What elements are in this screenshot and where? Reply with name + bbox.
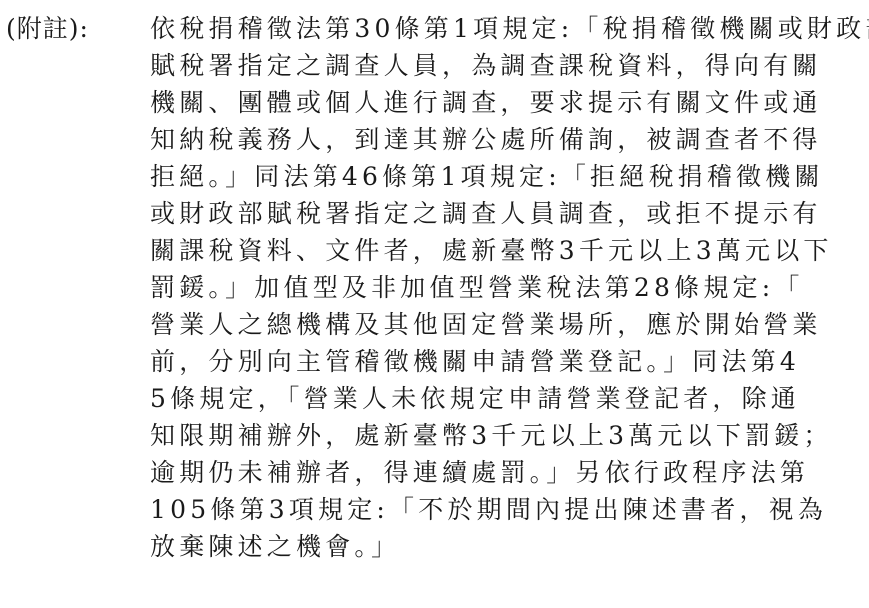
note-line: 賦稅署指定之調查人員，為調查課稅資料，得向有關	[150, 47, 862, 84]
note-line: 罰鍰。」加值型及非加值型營業稅法第28條規定:「	[150, 269, 862, 306]
note-line: 機關、團體或個人進行調查，要求提示有關文件或通	[150, 84, 862, 121]
note-line: 知限期補辦外，處新臺幣3千元以上3萬元以下罰鍰；	[150, 417, 862, 454]
note-line: 105條第3項規定:「不於期間內提出陳述書者，視為	[150, 491, 862, 528]
note-line: 前，分別向主管稽徵機關申請營業登記。」同法第4	[150, 343, 862, 380]
note-line: 關課稅資料、文件者，處新臺幣3千元以上3萬元以下	[150, 232, 862, 269]
note-line: 放棄陳述之機會。」	[150, 528, 862, 565]
note-line: 拒絕。」同法第46條第1項規定:「拒絕稅捐稽徵機關	[150, 158, 862, 195]
note-line: 依稅捐稽徵法第30條第1項規定:「稅捐稽徵機關或財政部	[150, 10, 862, 47]
note-line: 逾期仍未補辦者，得連續處罰。」另依行政程序法第	[150, 454, 862, 491]
note-line: 知納稅義務人，到達其辦公處所備詢，被調查者不得	[150, 121, 862, 158]
note-line: 5條規定，「營業人未依規定申請營業登記者，除通	[150, 380, 862, 417]
note-label: (附註):	[6, 10, 89, 47]
note-line: 或財政部賦稅署指定之調查人員調查，或拒不提示有	[150, 195, 862, 232]
note-body: 依稅捐稽徵法第30條第1項規定:「稅捐稽徵機關或財政部 賦稅署指定之調查人員，為…	[150, 10, 862, 565]
note-line: 營業人之總機構及其他固定營業場所，應於開始營業	[150, 306, 862, 343]
